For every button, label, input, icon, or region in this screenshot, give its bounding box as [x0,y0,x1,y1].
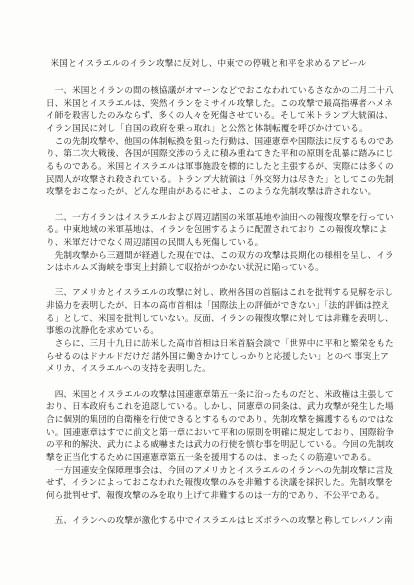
text-line: 何ら批判せず、報復攻撃のみを取り上げて非難するのは一方的であり、不公平である。 [46,489,371,502]
paragraph-5: 五、イランへの攻撃が激化する中でイスラエルはヒズボラへの攻撃と称してレバノン南 [46,514,371,527]
text-line: る。中東地域の米軍基地は、イランを包囲するように配置されており この報復攻撃によ [46,223,371,236]
text-line: 四、米国とイスラエルの攻撃は国連憲章第五一条に沿ったものだと、米政権は主張して [46,388,371,401]
document-title: 米国とイスラエルのイラン攻撃に反対し、中東での停戦と和平を求めるアピール [46,57,371,70]
text-line: い。国連憲章はすでに前文と第一章において平和の原則を明確に規定しており、国際紛争 [46,426,371,439]
text-line: 三、アメリカとイスラエルの攻撃に対し、欧州各国の首脳はこれを批判する見解を示し [46,286,371,299]
text-line: メリカ、イスラエルへの支持を表明した。 [46,362,371,375]
text-line: らせるのはドナルドだけだ 諸外国に働きかけてしっかりと応援したい」とのべ 事実上… [46,350,371,363]
text-line: 非協力を表明したが、日本の高市首相は「国際法上の評価ができない」「法的評価は控え [46,299,371,312]
paragraph-2: 二、一方イランはイスラエルおよび周辺諸国の米軍基地や油田への報復攻撃を行っている… [46,211,371,274]
text-line: り、米軍だけでなく周辺諸国の民間人も死傷している。 [46,236,371,249]
text-line: 五、イランへの攻撃が激化する中でイスラエルはヒズボラへの攻撃と称してレバノン南 [46,514,371,527]
text-line: 先制攻撃から三週間が経過した現在では、この双方の攻撃は長期化の様相を呈し、イラ [46,249,371,262]
text-line: 一方国連安全保障理事会は、今回のアメリカとイスラエルのイランへの先制攻撃に言及 [46,464,371,477]
text-line: の平和的解決、武力による威嚇または武力の行使を慎む事を明記している。今回の先制攻 [46,438,371,451]
document-body: 一、米国とイランの間の核協議がオマーンなどでおこなわれているさなかの二月二十八日… [46,84,371,527]
text-line: り、第二次大戦後、各国が国際交渉のうえに積み重ねてきた平和の原則を乱暴に踏みにじ [46,147,371,160]
text-line: る」として、米国を批判していない。反面、イランの報復攻撃に対しては非難を表明し、 [46,312,371,325]
text-line: 事態の沈静化を求めている。 [46,324,371,337]
text-line: この先制攻撃や、他国の体制転換を狙った行動は、国連憲章や国際法に反するものであ [46,135,371,148]
paragraph-3: 三、アメリカとイスラエルの攻撃に対し、欧州各国の首脳はこれを批判する見解を示し非… [46,286,371,375]
paragraph-1: 一、米国とイランの間の核協議がオマーンなどでおこなわれているさなかの二月二十八日… [46,84,371,198]
text-line: 民間人が攻撃され殺されている。トランプ大統領は「外交努力は尽きた」としてこの先制 [46,173,371,186]
text-line: 攻撃をおこなったが、どんな理由があるにせよ、このような先制攻撃は許されない。 [46,185,371,198]
paragraph-4: 四、米国とイスラエルの攻撃は国連憲章第五一条に沿ったものだと、米政権は主張してお… [46,388,371,502]
text-line: せず、イランによっておこなわれた報復攻撃のみを非難する決議を採択した。先制攻撃を [46,476,371,489]
text-line: おり、日本政府もこれを追認している。しかし、同憲章の同条は、武力攻撃が発生した場 [46,400,371,413]
text-line: 二、一方イランはイスラエルおよび周辺諸国の米軍基地や油田への報復攻撃を行ってい [46,211,371,224]
text-line: ンはホルムズ海峡を事実上封鎖して収拾がつかない状況に陥っている。 [46,261,371,274]
text-line: 日、米国とイスラエルは、突然イランをミサイル攻撃した。この攻撃で最高指導者ハメネ [46,97,371,110]
document-page: 米国とイスラエルのイラン攻撃に反対し、中東での停戦と和平を求めるアピール 一、米… [0,0,414,585]
text-line: イラン国民に対し「自国の政府を乗っ取れ」と公然と体制転覆を呼びかけている。 [46,122,371,135]
text-line: るものである。米国とイスラエルは軍事施設を標的にしたと主張するが、実際には多くの [46,160,371,173]
text-line: 合に個別的集団的自衛権を行使できるとするものであり、先制攻撃を擁護するものではな [46,413,371,426]
text-line: 撃を正当化するために国連憲章第五一条を援用するのは、まったくの筋違いである。 [46,451,371,464]
text-line: イ師を殺害したのみならず、多くの人々を死傷させている。そして米トランプ大統領は、 [46,109,371,122]
text-line: さらに、三月十九日に訪米した高市首相は日米首脳会談で「世界中に平和と繁栄をもた [46,337,371,350]
text-line: 一、米国とイランの間の核協議がオマーンなどでおこなわれているさなかの二月二十八 [46,84,371,97]
